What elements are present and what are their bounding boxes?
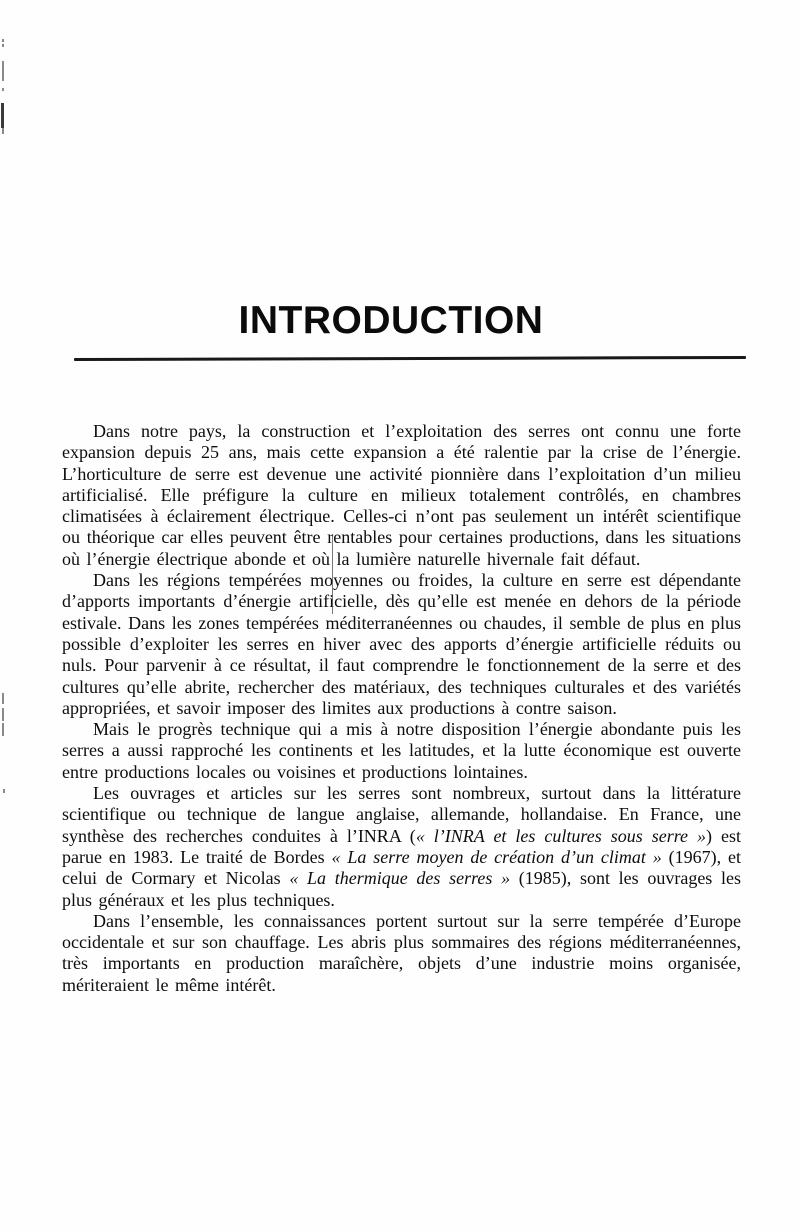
scan-artifact <box>3 789 5 793</box>
scan-artifact <box>1 103 4 128</box>
title-underline <box>74 356 746 361</box>
scan-artifact-vertical-streak <box>332 534 333 614</box>
paragraph-2-text: Dans les régions tempérées moyennes ou f… <box>62 570 741 718</box>
scan-artifact <box>2 128 4 134</box>
scan-artifact <box>2 44 4 47</box>
paragraph-1: Dans notre pays, la construction et l’ex… <box>62 421 741 570</box>
paragraph-3: Mais le progrès technique qui a mis à no… <box>62 719 741 783</box>
paragraph-3-text: Mais le progrès technique qui a mis à no… <box>62 719 741 782</box>
paragraph-5: Dans l’ensemble, les connaissances porte… <box>62 911 741 996</box>
paragraph-4-segment-6-italic: « La thermique des serres » <box>289 868 510 888</box>
paragraph-5-text: Dans l’ensemble, les connaissances porte… <box>62 911 741 995</box>
scan-artifact <box>2 39 4 42</box>
paragraph-4: Les ouvrages et articles sur les serres … <box>62 783 741 911</box>
paragraph-4-segment-2-italic: « l’INRA et les cultures sous serre » <box>416 826 706 846</box>
body-text: Dans notre pays, la construction et l’ex… <box>62 421 741 996</box>
scan-artifact <box>385 817 387 819</box>
book-page: INTRODUCTION Dans notre pays, la constru… <box>0 0 800 1232</box>
scan-artifact <box>2 708 4 721</box>
paragraph-4-segment-4-italic: « La serre moyen de création d’un climat… <box>332 847 662 867</box>
paragraph-1-text: Dans notre pays, la construction et l’ex… <box>62 421 741 569</box>
paragraph-2: Dans les régions tempérées moyennes ou f… <box>62 570 741 719</box>
scan-artifact <box>2 88 4 91</box>
page-title: INTRODUCTION <box>52 301 730 340</box>
scan-artifact <box>2 61 4 81</box>
scan-artifact <box>2 693 4 704</box>
scan-artifact <box>2 723 4 736</box>
